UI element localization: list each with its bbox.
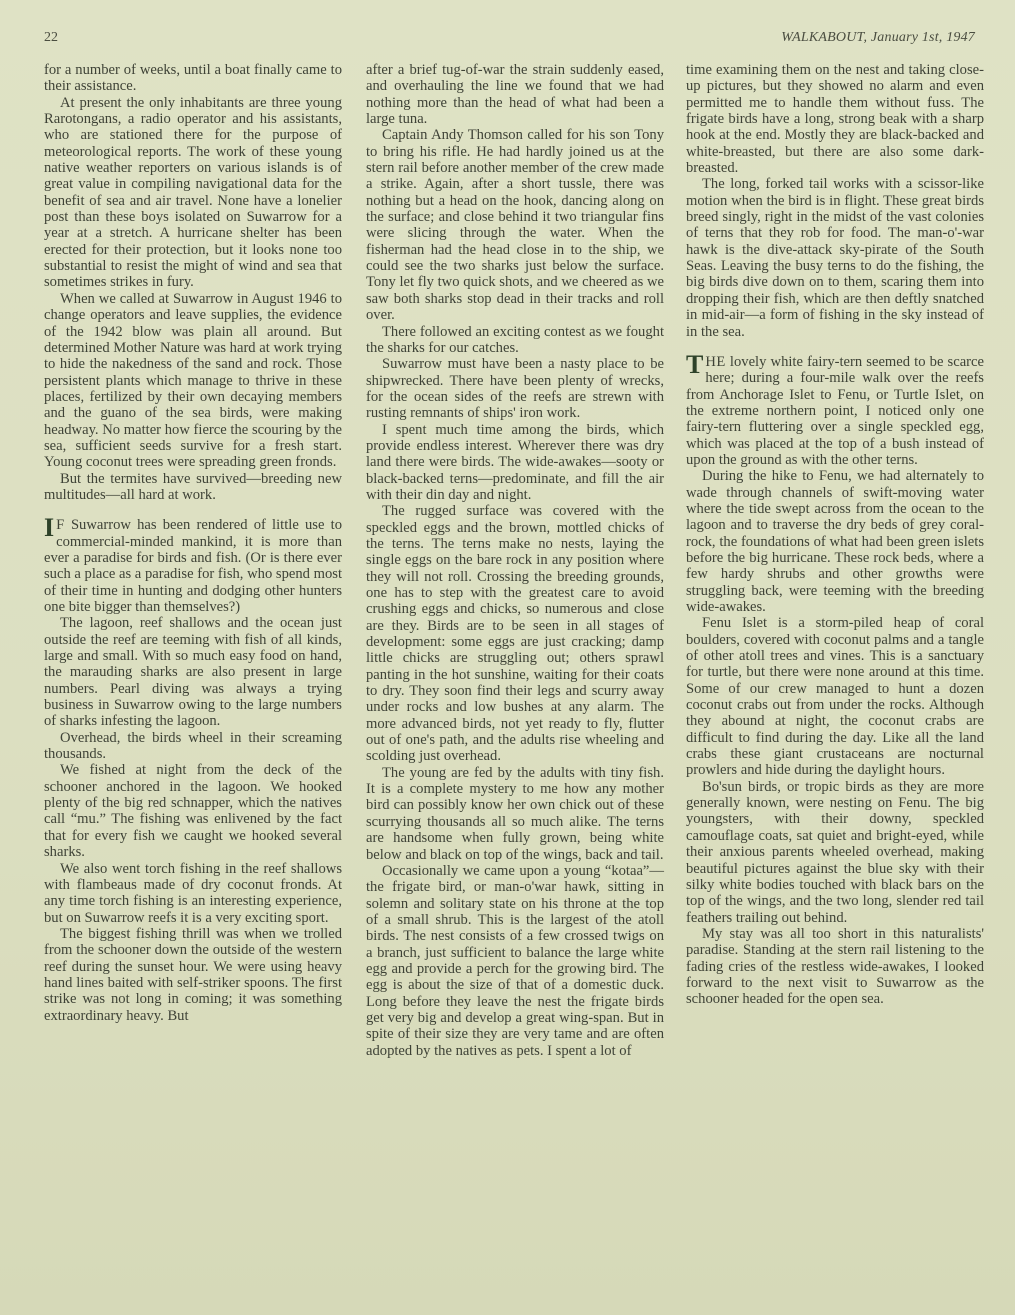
paragraph-text: for a number of weeks, until a boat fina…	[44, 62, 342, 94]
paragraph-text: The long, forked tail works with a sciss…	[686, 176, 984, 339]
paragraph: Captain Andy Thomson called for his son …	[366, 127, 664, 323]
page-number: 22	[44, 30, 58, 46]
paragraph: The lagoon, reef shallows and the ocean …	[44, 615, 342, 729]
paragraph-text: My stay was all too short in this natura…	[686, 926, 984, 1007]
paragraph: The rugged surface was covered with the …	[366, 503, 664, 765]
paragraph-text: There followed an exciting contest as we…	[366, 324, 664, 356]
small-caps-lead: HE	[705, 354, 725, 370]
paragraph: Occasionally we came upon a young “kotaa…	[366, 863, 664, 1059]
paragraph-text: Captain Andy Thomson called for his son …	[366, 127, 664, 323]
paragraph-text: Occasionally we came upon a young “kotaa…	[366, 863, 664, 1059]
paragraph-text: The rugged surface was covered with the …	[366, 503, 664, 764]
paragraph: At present the only inhabitants are thre…	[44, 95, 342, 291]
paragraph-text: We fished at night from the deck of the …	[44, 762, 342, 860]
paragraph: Overhead, the birds wheel in their screa…	[44, 730, 342, 763]
paragraph-text: But the termites have survived—breeding …	[44, 471, 342, 503]
paragraph-text: Suwarrow must have been a nasty place to…	[366, 356, 664, 421]
paragraph: Bo'sun birds, or tropic birds as they ar…	[686, 779, 984, 926]
drop-cap: T	[686, 355, 703, 374]
paragraph: I spent much time among the birds, which…	[366, 422, 664, 504]
paragraph-text: after a brief tug-of-war the strain sudd…	[366, 62, 664, 127]
paragraph: The long, forked tail works with a sciss…	[686, 176, 984, 339]
column-2: after a brief tug-of-war the strain sudd…	[366, 62, 664, 1059]
paragraph-text: time examining them on the nest and taki…	[686, 62, 984, 176]
paragraph-text: When we called at Suwarrow in August 194…	[44, 291, 342, 470]
paragraph: Fenu Islet is a storm-piled heap of cora…	[686, 615, 984, 778]
small-caps-lead: F	[56, 517, 65, 533]
section-start-paragraph: IF Suwarrow has been rendered of little …	[44, 517, 342, 615]
paragraph-text: Bo'sun birds, or tropic birds as they ar…	[686, 779, 984, 926]
column-3: time examining them on the nest and taki…	[686, 62, 984, 1008]
paragraph-text: Overhead, the birds wheel in their screa…	[44, 730, 342, 762]
column-1: for a number of weeks, until a boat fina…	[44, 62, 342, 1024]
paragraph: We fished at night from the deck of the …	[44, 762, 342, 860]
paragraph-text: lovely white fairy-tern seemed to be sca…	[686, 354, 984, 468]
paragraph-text: I spent much time among the birds, which…	[366, 422, 664, 503]
paragraph: My stay was all too short in this natura…	[686, 926, 984, 1008]
paragraph-text: The lagoon, reef shallows and the ocean …	[44, 615, 342, 729]
paragraph-text: We also went torch fishing in the reef s…	[44, 861, 342, 926]
paragraph-text: The young are fed by the adults with tin…	[366, 765, 664, 863]
paragraph: There followed an exciting contest as we…	[366, 324, 664, 357]
running-head: WALKABOUT, January 1st, 1947	[781, 30, 975, 46]
paragraph: for a number of weeks, until a boat fina…	[44, 62, 342, 95]
section-start-paragraph: THE lovely white fairy-tern seemed to be…	[686, 354, 984, 468]
paragraph: time examining them on the nest and taki…	[686, 62, 984, 176]
paragraph-text: At present the only inhabitants are thre…	[44, 95, 342, 291]
paragraph: The young are fed by the adults with tin…	[366, 765, 664, 863]
paragraph: Suwarrow must have been a nasty place to…	[366, 356, 664, 421]
page-header: 22 WALKABOUT, January 1st, 1947	[44, 30, 975, 52]
paragraph: after a brief tug-of-war the strain sudd…	[366, 62, 664, 127]
paragraph-text: Suwarrow has been rendered of little use…	[44, 517, 342, 615]
paragraph: But the termites have survived—breeding …	[44, 471, 342, 504]
paragraph-text: Fenu Islet is a storm-piled heap of cora…	[686, 615, 984, 778]
paragraph: During the hike to Fenu, we had alternat…	[686, 468, 984, 615]
paragraph: We also went torch fishing in the reef s…	[44, 861, 342, 926]
paragraph-text: During the hike to Fenu, we had alternat…	[686, 468, 984, 615]
drop-cap: I	[44, 518, 54, 537]
paragraph-text: The biggest fishing thrill was when we t…	[44, 926, 342, 1024]
paragraph: When we called at Suwarrow in August 194…	[44, 291, 342, 471]
paragraph: The biggest fishing thrill was when we t…	[44, 926, 342, 1024]
magazine-page: 22 WALKABOUT, January 1st, 1947 for a nu…	[0, 0, 1015, 1315]
